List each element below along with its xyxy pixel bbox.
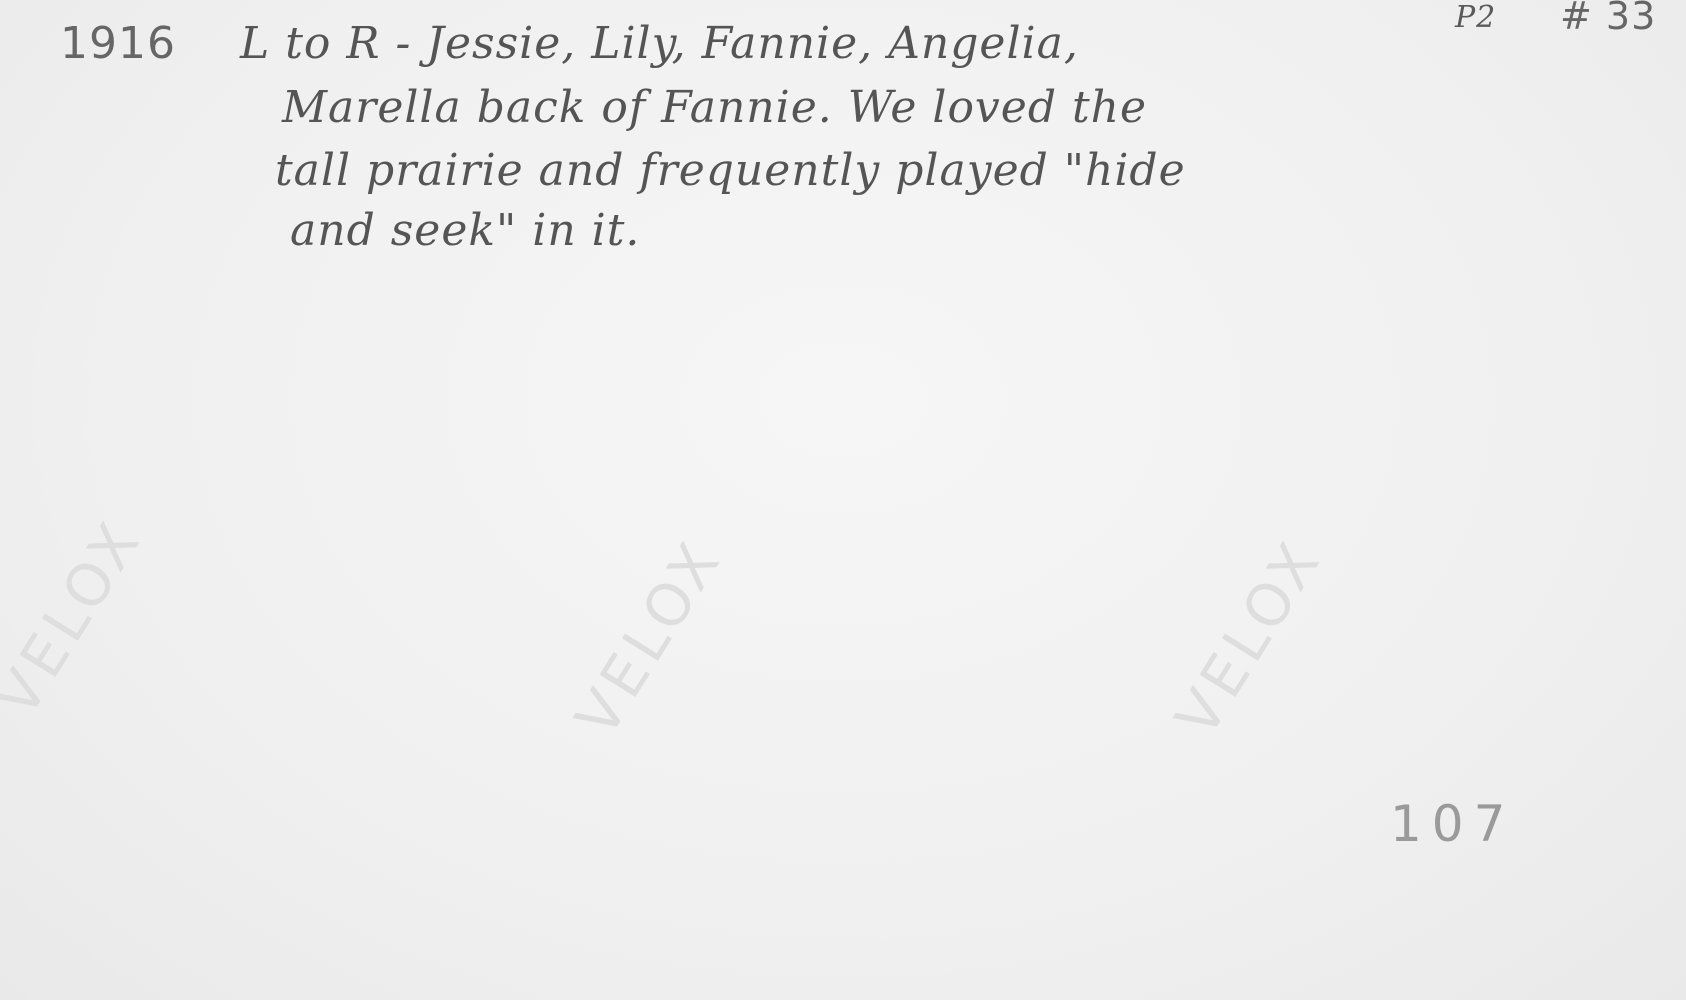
stamp-number: 107 — [1390, 795, 1515, 853]
velox-watermark: VELOX — [1162, 527, 1335, 748]
velox-watermark: VELOX — [562, 527, 735, 748]
inscription-line-3: tall prairie and frequently played "hide — [275, 145, 1186, 196]
photo-back-card: VELOX VELOX VELOX 1916 L to R - Jessie, … — [0, 0, 1686, 1000]
inscription-line-1: L to R - Jessie, Lily, Fannie, Angelia, — [240, 18, 1079, 69]
inscription-line-4: and seek" in it. — [290, 205, 640, 256]
number-mark: # 33 — [1560, 0, 1656, 38]
velox-watermark: VELOX — [0, 507, 156, 728]
year-inscription: 1916 — [60, 18, 176, 69]
inscription-line-2: Marella back of Fannie. We loved the — [282, 82, 1147, 133]
page-mark: P2 — [1455, 0, 1496, 35]
